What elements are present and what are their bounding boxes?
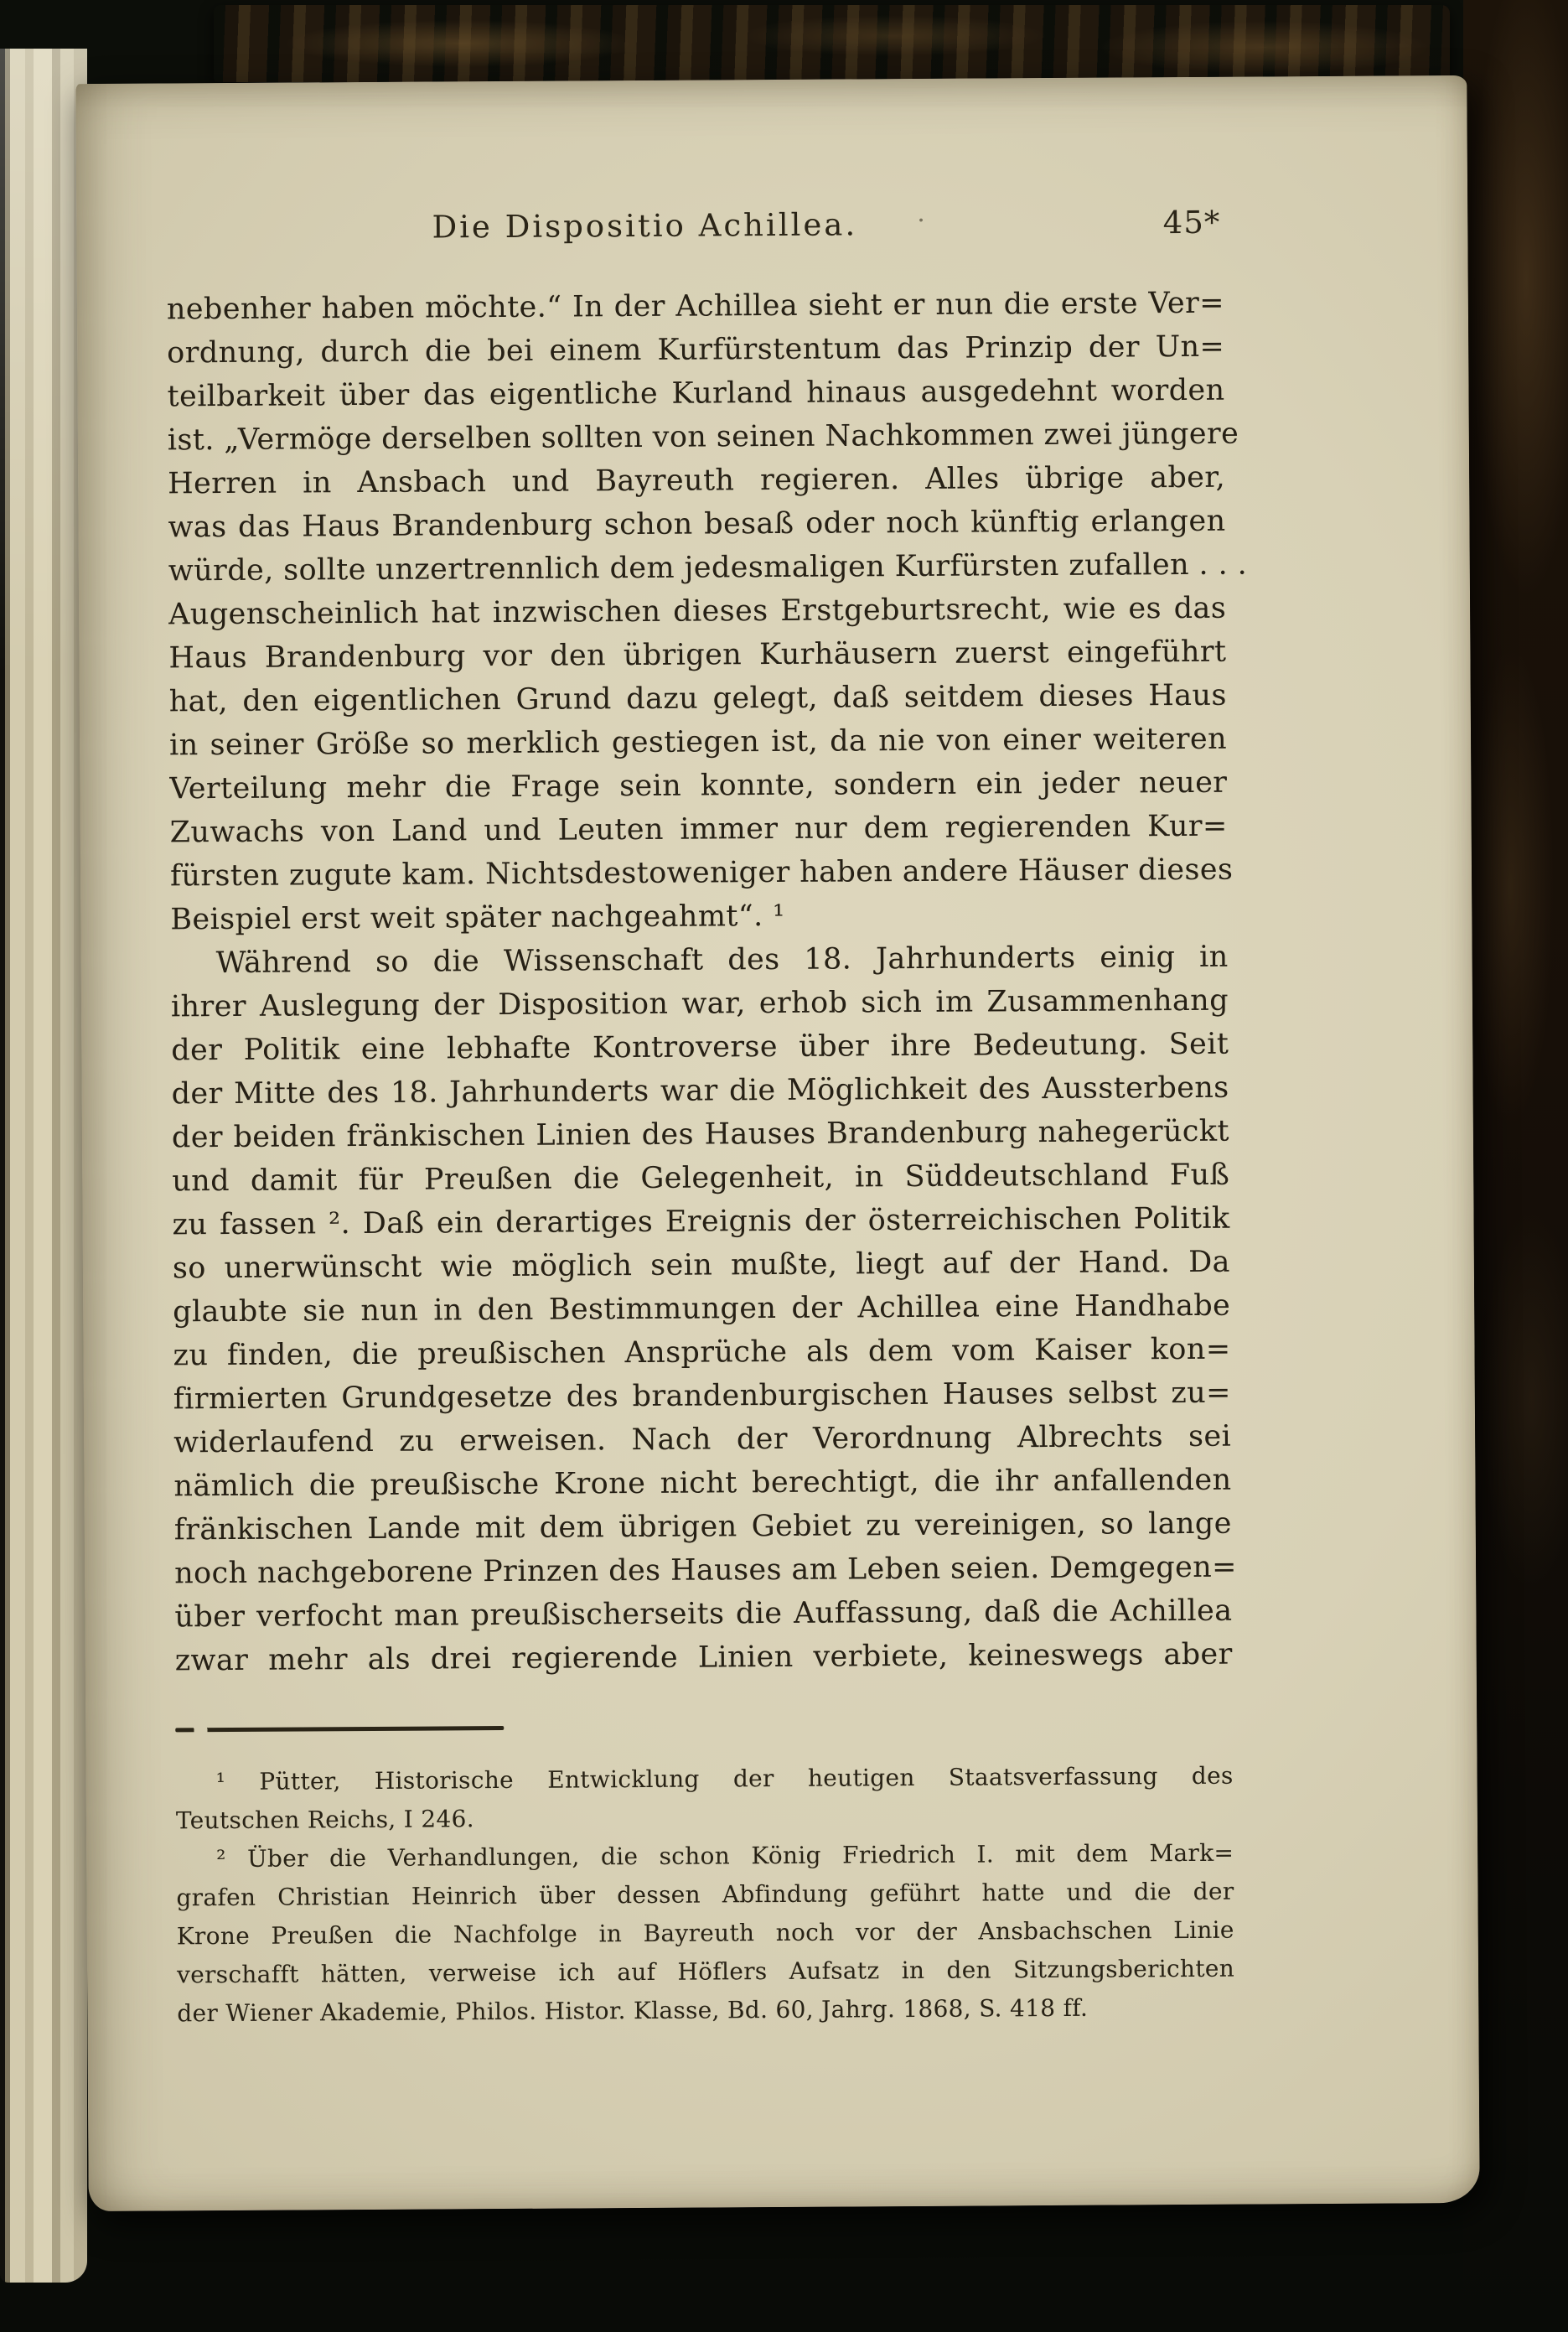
- book-page: Die Dispositio Achillea. · 45* nebenher …: [75, 75, 1479, 2211]
- page-stack-fore-edge: [0, 49, 87, 2283]
- text-line: was das Haus Brandenburg schon besaß ode…: [168, 500, 1225, 550]
- text-line: noch nachgeborene Prinzen des Hauses am …: [174, 1546, 1232, 1596]
- text-line: fränkischen Lande mit dem übrigen Gebiet…: [174, 1502, 1232, 1552]
- text-line: fürsten zugute kam. Nichtsdestoweniger h…: [170, 848, 1228, 899]
- text-line: Zuwachs von Land und Leuten immer nur de…: [170, 805, 1228, 855]
- text-line: Haus Brandenburg vor den übrigen Kurhäus…: [168, 630, 1226, 681]
- text-line: der Politik eine lebhafte Kontroverse üb…: [171, 1023, 1229, 1073]
- text-line: über verfocht man preußischerseits die A…: [174, 1589, 1232, 1640]
- text-line: zu finden, die preußischen Ansprüche als…: [173, 1328, 1230, 1378]
- text-line: teilbarkeit über das eigentliche Kurland…: [167, 369, 1224, 419]
- text-line: Herren in Ansbach und Bayreuth regieren.…: [168, 456, 1225, 506]
- book-cover-top-edge: [214, 5, 1450, 82]
- text-line: firmierten Grundgesetze des brandenburgi…: [173, 1371, 1231, 1422]
- text-line: hat, den eigentlichen Grund dazu gelegt,…: [169, 674, 1227, 724]
- text-line: nämlich die preußische Krone nicht berec…: [173, 1459, 1231, 1509]
- text-line: Beispiel erst weit später nachgeahmt“. ¹: [170, 892, 1228, 942]
- text-line: so unerwünscht wie möglich sein mußte, l…: [173, 1241, 1230, 1291]
- text-line: Während so die Wissenschaft des 18. Jahr…: [171, 935, 1229, 986]
- text-line: würde, sollte unzertrennlich dem jedesma…: [168, 543, 1226, 593]
- text-line: der beiden fränkischen Linien des Hauses…: [172, 1110, 1229, 1160]
- footnote-line: der Wiener Akademie, Philos. Histor. Kla…: [177, 1988, 1234, 2034]
- text-line: ihrer Auslegung der Disposition war, erh…: [171, 979, 1229, 1029]
- page-title: Die Dispositio Achillea.: [166, 203, 1224, 250]
- footnote-line: Teutschen Reichs, I 246.: [176, 1796, 1234, 1841]
- text-line: widerlaufend zu erweisen. Nach der Veror…: [173, 1415, 1231, 1465]
- footnote-line: ² Über die Verhandlungen, die schon Köni…: [176, 1834, 1234, 1879]
- text-line: ordnung, durch die bei einem Kurfürstent…: [167, 325, 1224, 376]
- text-line: zwar mehr als drei regierende Linien ver…: [175, 1633, 1233, 1683]
- page-number: 45*: [1163, 203, 1221, 243]
- footnote-separator-rule: [175, 1726, 504, 1732]
- footnote-line: Krone Preußen die Nachfolge in Bayreuth …: [177, 1911, 1234, 1956]
- text-line: in seiner Größe so merklich gestiegen is…: [169, 718, 1227, 768]
- book-scan-scene: Die Dispositio Achillea. · 45* nebenher …: [0, 0, 1568, 2332]
- running-header: Die Dispositio Achillea. · 45*: [166, 203, 1224, 250]
- text-line: Augenscheinlich hat inzwischen dieses Er…: [168, 587, 1226, 637]
- footnote-line: verschafft hätten, verweise ich auf Höfl…: [177, 1950, 1234, 1995]
- text-line: ist. „Vermöge derselben sollten von sein…: [168, 412, 1225, 463]
- text-line: Verteilung mehr die Frage sein konnte, s…: [169, 761, 1227, 811]
- text-line: zu fassen ². Daß ein derartiges Ereignis…: [172, 1197, 1229, 1247]
- book-cover-right-edge: [1463, 0, 1568, 2332]
- text-line: glaubte sie nun in den Bestimmungen der …: [173, 1284, 1230, 1334]
- stray-ink-dot: ·: [917, 201, 925, 241]
- text-line: der Mitte des 18. Jahrhunderts war die M…: [171, 1066, 1229, 1117]
- body-text: nebenher haben möchte.“ In der Achillea …: [167, 282, 1233, 1683]
- text-line: und damit für Preußen die Gelegenheit, i…: [172, 1153, 1229, 1204]
- text-line: nebenher haben möchte.“ In der Achillea …: [167, 282, 1224, 332]
- footnotes: ¹ Pütter, Historische Entwicklung der he…: [176, 1757, 1235, 2034]
- footnote-line: grafen Christian Heinrich über dessen Ab…: [176, 1873, 1234, 1918]
- footnote-line: ¹ Pütter, Historische Entwicklung der he…: [176, 1757, 1234, 1802]
